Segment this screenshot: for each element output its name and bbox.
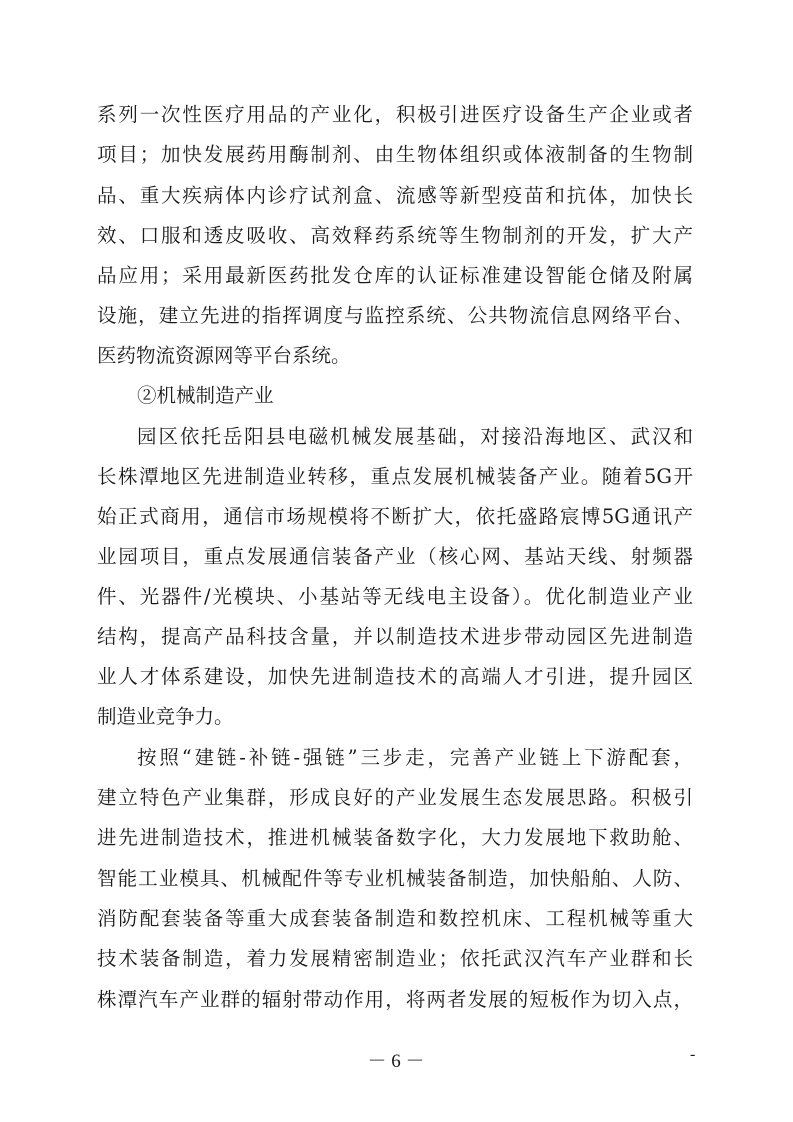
text-line: 医药物流资源网等平台系统。 <box>97 341 693 371</box>
section-heading: ②机械制造产业 <box>137 381 274 411</box>
text-line: 建立特色产业集群，形成良好的产业发展生态发展思路。积极引 <box>97 783 693 813</box>
text-line: 技术装备制造，着力发展精密制造业；依托武汉汽车产业群和长 <box>97 944 693 974</box>
text-line: 系列一次性医疗用品的产业化，积极引进医疗设备生产企业或者 <box>97 100 693 130</box>
text-line: 进先进制造技术，推进机械装备数字化，大力发展地下救助舱、 <box>97 823 693 853</box>
text-line: 件、光器件/光模块、小基站等无线电主设备）。优化制造业产业 <box>97 582 693 612</box>
corner-mark: - <box>690 1046 695 1064</box>
text-line: 品应用；采用最新医药批发仓库的认证标准建设智能仓储及附属 <box>97 261 693 291</box>
text-line: 效、口服和透皮吸收、高效释药系统等生物制剂的开发，扩大产 <box>97 221 693 251</box>
text-line: 智能工业模具、机械配件等专业机械装备制造，加快船舶、人防、 <box>97 864 693 894</box>
text-line: 设施，建立先进的指挥调度与监控系统、公共物流信息网络平台、 <box>97 301 693 331</box>
text-line: 业人才体系建设，加快先进制造技术的高端人才引进，提升园区 <box>97 662 693 692</box>
text-line: 始正式商用，通信市场规模将不断扩大，依托盛路宸博5G通讯产 <box>97 502 693 532</box>
text-line: 株潭汽车产业群的辐射带动作用，将两者发展的短板作为切入点， <box>97 985 693 1015</box>
page-number: － 6 － <box>346 1046 446 1073</box>
text-line: 业园项目，重点发展通信装备产业（核心网、基站天线、射频器 <box>97 542 693 572</box>
text-line: 按照“建链-补链-强链”三步走，完善产业链上下游配套， <box>137 743 693 773</box>
text-line: 项目；加快发展药用酶制剂、由生物体组织或体液制备的生物制 <box>97 140 693 170</box>
text-line: 品、重大疾病体内诊疗试剂盒、流感等新型疫苗和抗体，加快长 <box>97 181 693 211</box>
text-line: 长株潭地区先进制造业转移，重点发展机械装备产业。随着5G开 <box>97 462 693 492</box>
text-line: 制造业竞争力。 <box>97 702 693 732</box>
text-line: 园区依托岳阳县电磁机械发展基础，对接沿海地区、武汉和 <box>137 422 693 452</box>
document-page: 系列一次性医疗用品的产业化，积极引进医疗设备生产企业或者 项目；加快发展药用酶制… <box>0 0 793 1122</box>
text-line: 消防配套装备等重大成套装备制造和数控机床、工程机械等重大 <box>97 904 693 934</box>
text-line: 结构，提高产品科技含量，并以制造技术进步带动园区先进制造 <box>97 622 693 652</box>
